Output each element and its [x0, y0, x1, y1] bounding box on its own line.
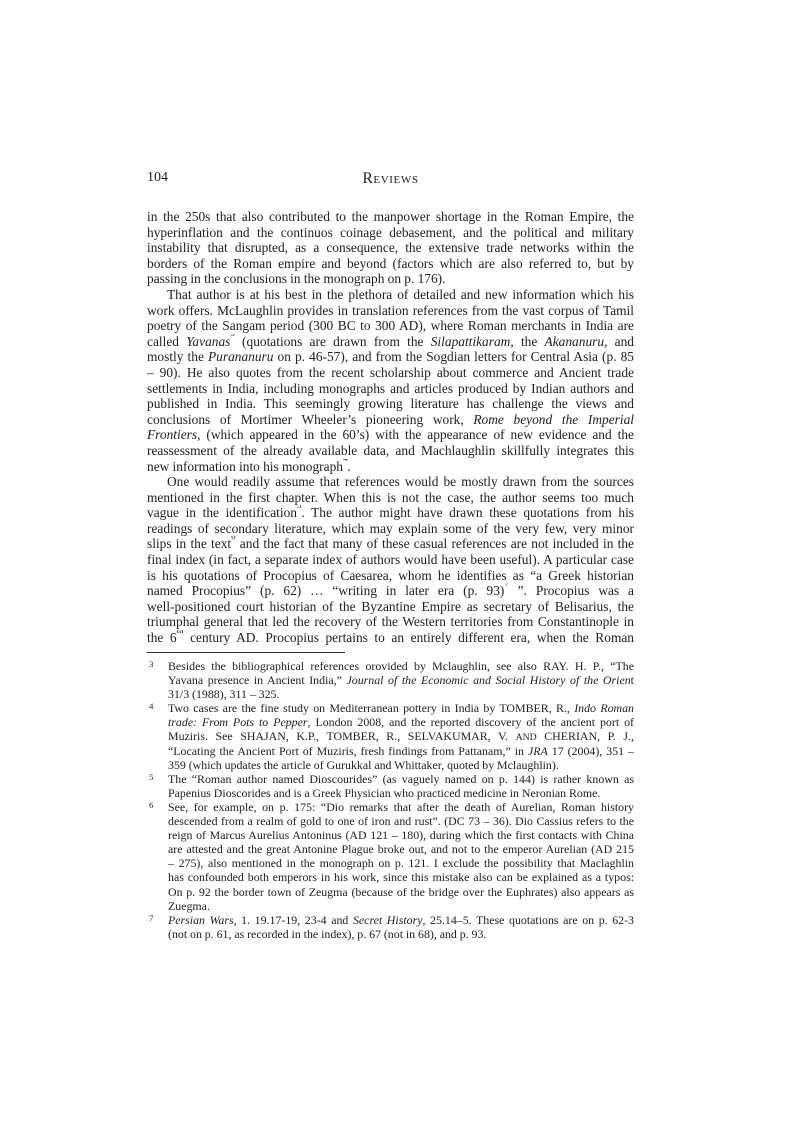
footnote-line: Zuegma.	[168, 899, 634, 913]
italic-text: Akananuru	[545, 334, 605, 349]
italic-text: trade: From Pots to Pepper	[168, 715, 308, 729]
text-line: is his quotations of Procopius of Caesar…	[147, 568, 634, 584]
text-line: in the 250s that also contributed to the…	[147, 209, 634, 225]
footnote-line: – 275), also mentioned in the monograph …	[168, 856, 634, 870]
footnote-ref: 3	[230, 334, 234, 339]
text-line: poetry of the Sangam period (300 BC to 3…	[147, 318, 634, 334]
text-line: called Yavanas3 (quotations are drawn fr…	[147, 334, 634, 350]
footnote-line: Papenius Dioscorides and is a Greek Phys…	[168, 786, 634, 800]
text-line: final index (in fact, a separate index o…	[147, 552, 634, 568]
footnote-divider	[147, 652, 345, 653]
footnote-line: Two cases are the fine study on Mediterr…	[168, 701, 634, 715]
footnote-line: See, for example, on p. 175: “Dio remark…	[168, 800, 634, 814]
text-line: triumphal general that led the recovery …	[147, 614, 634, 630]
italic-text: Purananuru	[208, 349, 273, 364]
text-line: readings of secondary literature, which …	[147, 521, 634, 537]
body-text: in the 250s that also contributed to the…	[147, 209, 634, 646]
footnote-line: are attested and the great Antonine Plag…	[168, 842, 634, 856]
text-line: slips in the text6 and the fact that man…	[147, 536, 634, 552]
text-line: vague in the identification5. The author…	[147, 505, 634, 521]
italic-text: Indo Roman	[574, 701, 634, 715]
footnote-line: The “Roman author named Dioscourides” (a…	[168, 772, 634, 786]
footnote-line: reign of Marcus Aurelius Antoninus (AD 1…	[168, 828, 634, 842]
footnote-ref: th	[177, 630, 184, 635]
document-page: 104 Reviews in the 250s that also contri…	[0, 0, 800, 1131]
footnote-line: Yavana presence in Ancient India,” Journ…	[168, 673, 634, 687]
text-line: One would readily assume that references…	[147, 474, 634, 490]
text-line: conclusions of Mortimer Wheeler’s pionee…	[147, 412, 634, 428]
italic-text: Secret History	[353, 913, 423, 927]
text-line: work offers. McLaughlin provides in tran…	[147, 303, 634, 319]
footnote-line: Persian Wars, 1. 19.17-19, 23-4 and Secr…	[168, 913, 634, 927]
footnote-number: 4	[149, 699, 153, 713]
footnote: 5The “Roman author named Dioscourides” (…	[147, 772, 634, 800]
footnote-ref: 6	[231, 536, 235, 541]
footnote-line: trade: From Pots to Pepper, London 2008,…	[168, 715, 634, 729]
text-line: mostly the Purananuru on p. 46-57), and …	[147, 349, 634, 365]
footnote-number: 6	[149, 798, 153, 812]
italic-text: JRA	[528, 744, 548, 758]
footnote-line: has confounded both emperors in his work…	[168, 870, 634, 884]
page-header: 104 Reviews	[147, 170, 634, 190]
footnote-ref: 5	[297, 505, 301, 510]
footnote-line: On p. 92 the border town of Zeugma (beca…	[168, 885, 634, 899]
italic-text: Rome beyond the Imperial	[473, 412, 634, 427]
italic-text: Persian Wars	[168, 913, 234, 927]
text-line: borders of the Roman empire and beyond (…	[147, 256, 634, 272]
text-line: new information into his monograph4.	[147, 459, 634, 475]
italic-text: Frontiers	[147, 427, 197, 442]
footnote-line: Muziris. See SHAJAN, K.P., TOMBER, R., S…	[168, 729, 634, 743]
text-line: Frontiers, (which appeared in the 60’s) …	[147, 427, 634, 443]
running-header: Reviews	[147, 170, 634, 188]
footnote-line: Besides the bibliographical references o…	[168, 659, 634, 673]
footnote-line: “Locating the Ancient Port of Muziris, f…	[168, 744, 634, 758]
text-line: well-positioned court historian of the B…	[147, 599, 634, 615]
italic-text: Yavanas	[186, 334, 230, 349]
paragraph: One would readily assume that references…	[147, 474, 634, 646]
text-line: published in India. This seemingly growi…	[147, 396, 634, 412]
footnote-number: 5	[149, 770, 153, 784]
footnote-line: 359 (which updates the article of Gurukk…	[168, 758, 634, 772]
text-line: instability that disrupted, as a consequ…	[147, 240, 634, 256]
footnotes: 3Besides the bibliographical references …	[147, 659, 634, 941]
text-line: named Procopius” (p. 62) … “writing in l…	[147, 583, 634, 599]
italic-text: Journal of the Economic and Social Histo…	[346, 673, 630, 687]
footnote-line: (not on p. 61, as recorded in the index)…	[168, 927, 634, 941]
footnote-number: 7	[149, 911, 153, 925]
footnote-line: 31/3 (1988), 311 – 325.	[168, 687, 634, 701]
text-line: passing in the conclusions in the monogr…	[147, 271, 634, 287]
italic-text: Silapattikaram	[431, 334, 511, 349]
text-line: mentioned in the first chapter. When thi…	[147, 490, 634, 506]
footnote: 4Two cases are the fine study on Mediter…	[147, 701, 634, 771]
text-line: the 6th century AD. Procopius pertains t…	[147, 630, 634, 646]
footnote: 3Besides the bibliographical references …	[147, 659, 634, 701]
footnote: 7Persian Wars, 1. 19.17-19, 23-4 and Sec…	[147, 913, 634, 941]
footnote-line: descended from a realm of gold to one of…	[168, 814, 634, 828]
footnote: 6See, for example, on p. 175: “Dio remar…	[147, 800, 634, 913]
text-line: settlements in India, including monograp…	[147, 381, 634, 397]
text-line: That author is at his best in the pletho…	[147, 287, 634, 303]
footnote-number: 3	[149, 657, 153, 671]
paragraph: That author is at his best in the pletho…	[147, 287, 634, 474]
text-line: reassessment of the already available da…	[147, 443, 634, 459]
footnote-ref: 7	[504, 583, 508, 588]
footnote-ref: 4	[343, 459, 347, 464]
text-line: hyperinflation and the continuos coinage…	[147, 225, 634, 241]
paragraph: in the 250s that also contributed to the…	[147, 209, 634, 287]
text-line: – 90). He also quotes from the recent sc…	[147, 365, 634, 381]
